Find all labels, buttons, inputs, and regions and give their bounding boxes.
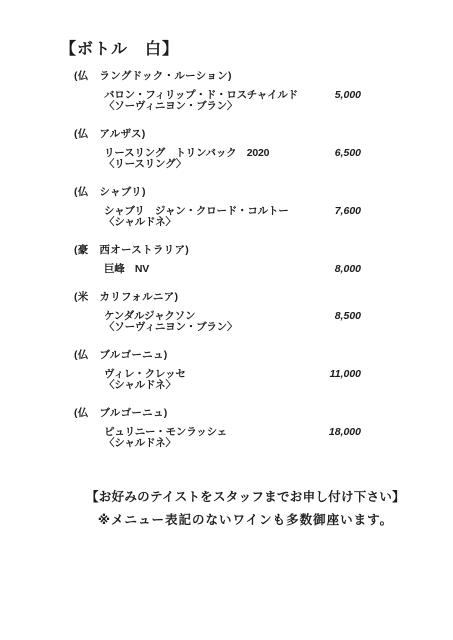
region-label: (仏 アルザス) (74, 128, 453, 140)
wine-price: 7,600 (309, 206, 361, 217)
wine-row: シャブリ ジャン・クロード・コルトー 〈シャルドネ〉 7,600 (104, 206, 361, 228)
grape-variety: 〈シャルドネ〉 (104, 438, 309, 449)
region-label: (仏 ブルゴーニュ) (74, 407, 453, 419)
wine-row: リースリング トリンバック 2020 〈リースリング〉 6,500 (104, 148, 361, 170)
grape-variety: 〈シャルドネ〉 (104, 380, 309, 391)
footer-note: ※メニュー表記のないワインも多数御座います。 (38, 512, 453, 528)
footer-notice: 【お好みのテイストをスタッフまでお申し付け下さい】 (38, 489, 453, 505)
wine-text: 巨峰 NV (104, 264, 309, 275)
wine-text: リースリング トリンバック 2020 〈リースリング〉 (104, 148, 309, 170)
menu-section-bourgogne-2: (仏 ブルゴーニュ) ピュリニー・モンラッシェ 〈シャルドネ〉 18,000 (74, 407, 453, 449)
wine-price: 6,500 (309, 148, 361, 159)
wine-row: ピュリニー・モンラッシェ 〈シャルドネ〉 18,000 (104, 427, 361, 449)
wine-row: 巨峰 NV 8,000 (104, 264, 361, 275)
wine-price: 11,000 (309, 369, 361, 380)
menu-section-bourgogne-1: (仏 ブルゴーニュ) ヴィレ・クレッセ 〈シャルドネ〉 11,000 (74, 349, 453, 391)
region-label: (仏 シャブリ) (74, 186, 453, 198)
menu-section-western-australia: (豪 西オーストラリア) 巨峰 NV 8,000 (74, 244, 453, 275)
wine-row: ケンダルジャクソン 〈ソーヴィニヨン・ブラン〉 8,500 (104, 311, 361, 333)
wine-name: 巨峰 NV (104, 264, 309, 275)
menu-section-california: (米 カリフォルニア) ケンダルジャクソン 〈ソーヴィニヨン・ブラン〉 8,50… (74, 291, 453, 333)
wine-price: 8,000 (309, 264, 361, 275)
region-label: (豪 西オーストラリア) (74, 244, 453, 256)
wine-text: ピュリニー・モンラッシェ 〈シャルドネ〉 (104, 427, 309, 449)
wine-price: 5,000 (309, 90, 361, 101)
wine-text: ヴィレ・クレッセ 〈シャルドネ〉 (104, 369, 309, 391)
wine-menu-page: 【ボトル 白】 (仏 ラングドック・ルーション) バロン・フィリップ・ド・ロスチ… (0, 0, 453, 640)
region-label: (仏 ブルゴーニュ) (74, 349, 453, 361)
menu-section-chablis: (仏 シャブリ) シャブリ ジャン・クロード・コルトー 〈シャルドネ〉 7,60… (74, 186, 453, 228)
grape-variety: 〈リースリング〉 (104, 159, 309, 170)
page-title: 【ボトル 白】 (60, 40, 453, 60)
region-label: (仏 ラングドック・ルーション) (74, 70, 453, 82)
menu-section-alsace: (仏 アルザス) リースリング トリンバック 2020 〈リースリング〉 6,5… (74, 128, 453, 170)
footer: 【お好みのテイストをスタッフまでお申し付け下さい】 ※メニュー表記のないワインも… (38, 489, 453, 528)
grape-variety: 〈ソーヴィニヨン・ブラン〉 (104, 322, 309, 333)
wine-text: バロン・フィリップ・ド・ロスチャイルド 〈ソーヴィニヨン・ブラン〉 (104, 90, 309, 112)
wine-text: シャブリ ジャン・クロード・コルトー 〈シャルドネ〉 (104, 206, 309, 228)
grape-variety: 〈ソーヴィニヨン・ブラン〉 (104, 101, 309, 112)
menu-section-languedoc: (仏 ラングドック・ルーション) バロン・フィリップ・ド・ロスチャイルド 〈ソー… (74, 70, 453, 112)
wine-row: バロン・フィリップ・ド・ロスチャイルド 〈ソーヴィニヨン・ブラン〉 5,000 (104, 90, 361, 112)
grape-variety: 〈シャルドネ〉 (104, 217, 309, 228)
wine-row: ヴィレ・クレッセ 〈シャルドネ〉 11,000 (104, 369, 361, 391)
region-label: (米 カリフォルニア) (74, 291, 453, 303)
wine-price: 8,500 (309, 311, 361, 322)
wine-price: 18,000 (309, 427, 361, 438)
wine-text: ケンダルジャクソン 〈ソーヴィニヨン・ブラン〉 (104, 311, 309, 333)
